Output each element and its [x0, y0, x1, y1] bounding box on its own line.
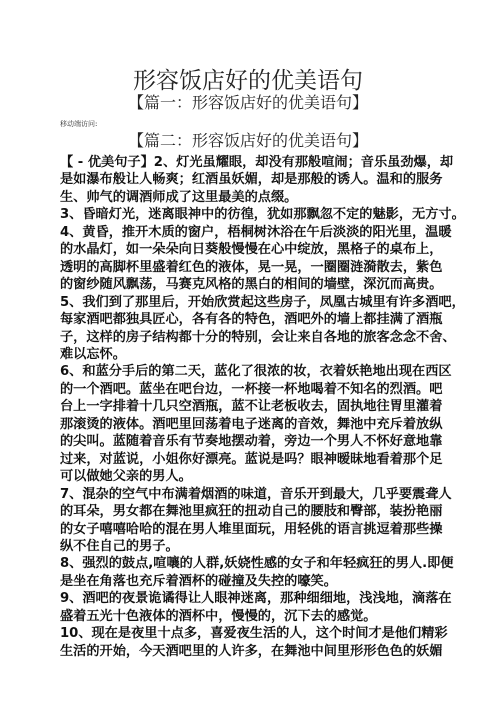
- body-line: 是如瀑布般让人畅爽；红酒虽妖媚，却是那般的诱人。温和的服务: [60, 171, 480, 188]
- body-line: 4、黄昏，推开木质的窗户，梧桐树沐浴在午后淡淡的阳光里，温暖: [60, 224, 480, 241]
- body-line: 的窗纱随风飘荡，马赛克风格的黑白的相间的墙壁，深沉而高贵。: [60, 276, 480, 293]
- body-line: 的水晶灯，如一朵朵向日葵般慢慢在心中绽放，黑格子的桌布上，: [60, 241, 480, 258]
- body-line: 是坐在角落也充斥着酒杯的碰撞及失控的嚎笑。: [60, 573, 480, 590]
- body-line: 7、混杂的空气中布满着烟酒的味道，音乐开到最大，几乎要震聋人: [60, 486, 480, 503]
- body-line: 的耳朵，男女都在舞池里疯狂的扭动自己的腰肢和臀部，装扮艳丽: [60, 503, 480, 520]
- body-line: 可以做她父亲的男人。: [60, 468, 480, 485]
- body-line: 的尖叫。蓝随着音乐有节奏地摆动着，旁边一个男人不怀好意地靠: [60, 433, 480, 450]
- body-line: 5、我们到了那里后，开始欣赏起这些房子，凤凰古城里有许多酒吧，: [60, 294, 480, 311]
- body-text: 【 - 优美句子】2、灯光虽耀眼，却没有那般喧闹；音乐虽劲爆，却 是如瀑布般让人…: [60, 154, 480, 660]
- section-heading-1: 【篇一：形容饭店好的优美语句】: [0, 90, 496, 113]
- section-heading-2: 【篇二：形容饭店好的优美语句】: [0, 128, 496, 151]
- body-line: 的一个酒吧。蓝坐在吧台边，一杯接一杯地喝着不知名的烈酒。吧: [60, 381, 480, 398]
- body-line: 生活的开始，今天酒吧里的人许多，在舞池中间里形形色色的妖媚: [60, 643, 480, 660]
- body-line: 9、酒吧的夜景诡谲得让人眼神迷离，那种细细地，浅浅地，滴落在: [60, 590, 480, 607]
- body-line: 盛着五光十色液体的酒杯中，慢慢的，沉下去的感觉。: [60, 608, 480, 625]
- document-page: 形容饭店好的优美语句 【篇一：形容饭店好的优美语句】 移动端访问: 【篇二：形容…: [0, 0, 496, 702]
- body-line: 透明的高脚杯里盛着红色的液体，晃一晃，一圈圈涟漪散去，紫色: [60, 259, 480, 276]
- body-line: 8、强烈的鼓点,喧嚷的人群,妖娆性感的女子和年轻疯狂的男人.即便: [60, 555, 480, 572]
- body-line: 过来，对蓝说，小姐你好漂亮。蓝说是吗？眼神暧昧地看着那个足: [60, 451, 480, 468]
- body-line: 【 - 优美句子】2、灯光虽耀眼，却没有那般喧闹；音乐虽劲爆，却: [60, 154, 480, 171]
- body-line: 台上一字排着十几只空酒瓶，蓝不让老板收去，固执地往胃里灌着: [60, 398, 480, 415]
- body-line: 每家酒吧都独具匠心，各有各的特色，酒吧外的墙上都挂满了酒瓶: [60, 311, 480, 328]
- body-line: 子，这样的房子结构都十分的特别，会让来自各地的旅客念念不舍、: [60, 329, 480, 346]
- body-line: 6、和蓝分手后的第二天，蓝化了很浓的妆，衣着妖艳地出现在西区: [60, 363, 480, 380]
- body-line: 那滚烫的液体。酒吧里回荡着电子迷离的音效，舞池中充斥着放纵: [60, 416, 480, 433]
- body-line: 的女子嘻嘻哈哈的混在男人堆里面玩，用轻佻的语言挑逗着那些操: [60, 521, 480, 538]
- body-line: 3、昏暗灯光，迷离眼神中的彷徨，犹如那飘忽不定的魅影，无方寸。: [60, 206, 480, 223]
- body-line: 10、现在是夜里十点多，喜爱夜生活的人，这个时间才是他们精彩: [60, 625, 480, 642]
- body-line: 纵不住自己的男子。: [60, 538, 480, 555]
- body-line: 难以忘怀。: [60, 346, 480, 363]
- body-line: 生、帅气的调酒师成了这里最美的点缀。: [60, 189, 480, 206]
